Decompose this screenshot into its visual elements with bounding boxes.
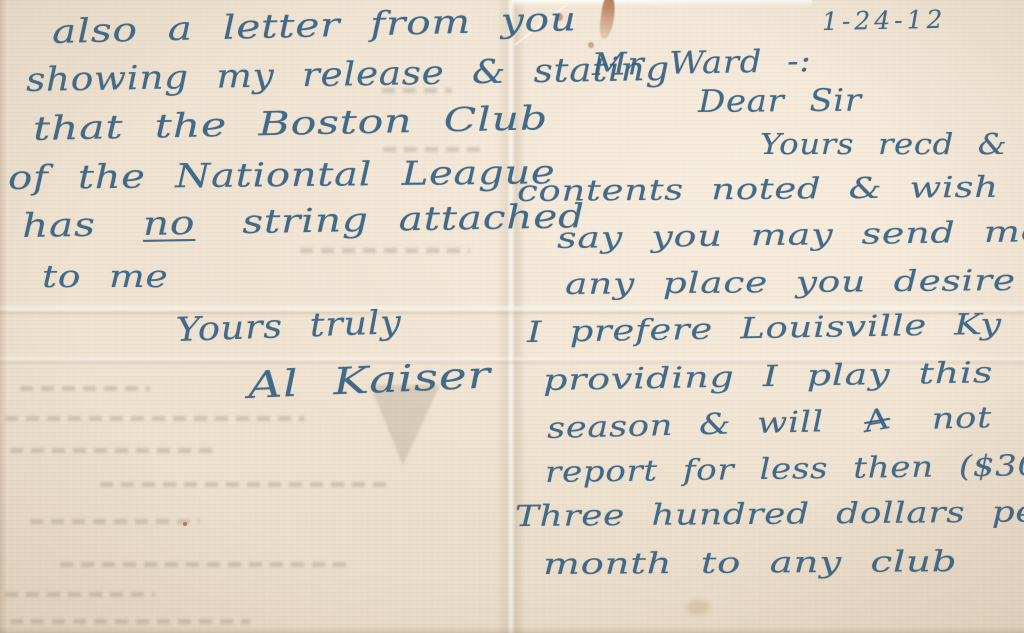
- handwritten-line: month to any club: [543, 546, 957, 581]
- handwritten-line: season & will A not: [547, 402, 1007, 445]
- handwritten-line: report for less then ($300): [545, 450, 1024, 489]
- handwritten-line: contents noted & wish to: [517, 171, 1024, 208]
- handwritten-line: say you may send me: [557, 216, 1024, 255]
- handwritten-line: providing I play this: [543, 357, 994, 397]
- letter-scan: also a letter from you showing my releas…: [0, 0, 1024, 633]
- letter-date: 1-24-12: [822, 6, 947, 36]
- recipient-line: Mr Ward -:: [592, 44, 812, 82]
- handwritten-line: Yours recd &: [760, 129, 1007, 161]
- handwritten-line: any place you desire: [565, 265, 1016, 301]
- salutation-line: Dear Sir: [698, 84, 862, 120]
- handwritten-line: I prefere Louisville Ky: [527, 309, 1002, 349]
- struck-out-text: A: [861, 403, 894, 439]
- line-text: not: [931, 400, 992, 435]
- handwritten-line: Three hundred dollars per: [515, 496, 1024, 533]
- line-text: season & will: [547, 404, 825, 445]
- right-page: 1-24-12 Mr Ward -: Dear Sir Yours recd &…: [0, 0, 1024, 633]
